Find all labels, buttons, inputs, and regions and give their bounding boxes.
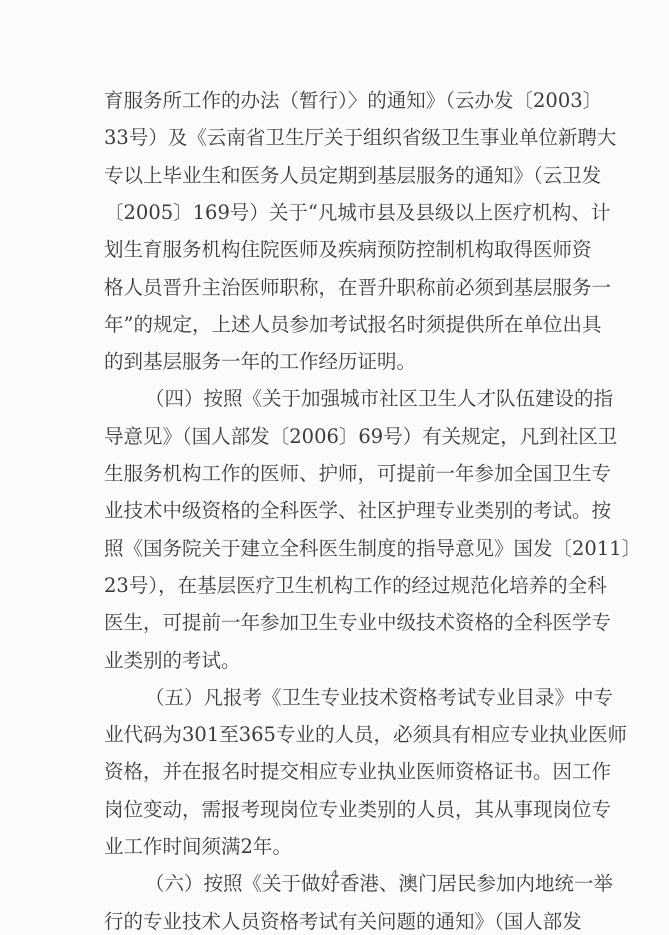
text-line: 业工作时间须满2年。 — [104, 828, 566, 865]
paragraph-first-line: （四）按照《关于加强城市社区卫生人才队伍建设的指 — [145, 380, 566, 417]
text-line: 业技术中级资格的全科医学、社区护理专业类别的考试。按 — [104, 492, 566, 529]
document-page: 育服务所工作的办法（暂行）〉的通知》（云办发〔2003〕33号）及《云南省卫生厅… — [0, 0, 669, 935]
text-line: 岗位变动，需报考现岗位专业类别的人员，其从事现岗位专 — [104, 791, 566, 828]
text-line: 资格，并在报名时提交相应专业执业医师资格证书。因工作 — [104, 753, 566, 790]
paragraph-first-line: （五）凡报考《卫生专业技术资格考试专业目录》中专 — [145, 679, 566, 716]
text-line: 业类别的考试。 — [104, 642, 566, 679]
text-line: 专以上毕业生和医务人员定期到基层服务的通知》（云卫发 — [104, 157, 566, 194]
text-line: 的到基层服务一年的工作经历证明。 — [104, 343, 566, 380]
page-number: 4 — [0, 868, 669, 881]
text-line: 年”的规定，上述人员参加考试报名时须提供所在单位出具 — [104, 306, 566, 343]
text-line: 划生育服务机构住院医师及疾病预防控制机构取得医师资 — [104, 231, 566, 268]
text-line: 〔2005〕169号）关于“凡城市县及县级以上医疗机构、计 — [104, 194, 566, 231]
text-line: 行的专业技术人员资格考试有关问题的通知》（国人部发 — [104, 903, 566, 935]
text-line: 23号），在基层医疗卫生机构工作的经过规范化培养的全科 — [104, 567, 566, 604]
text-line: 生服务机构工作的医师、护师，可提前一年参加全国卫生专 — [104, 455, 566, 492]
text-line: 医生，可提前一年参加卫生专业中级技术资格的全科医学专 — [104, 604, 566, 641]
text-line: 育服务所工作的办法（暂行）〉的通知》（云办发〔2003〕 — [104, 82, 566, 119]
text-line: 导意见》（国人部发〔2006〕69号）有关规定，凡到社区卫 — [104, 418, 566, 455]
text-line: 照《国务院关于建立全科医生制度的指导意见》国发〔2011〕 — [104, 530, 566, 567]
text-line: 格人员晋升主治医师职称，在晋升职称前必须到基层服务一 — [104, 269, 566, 306]
text-line: 业代码为301至365专业的人员，必须具有相应专业执业医师 — [104, 716, 566, 753]
text-line: 33号）及《云南省卫生厅关于组织省级卫生事业单位新聘大 — [104, 119, 566, 156]
